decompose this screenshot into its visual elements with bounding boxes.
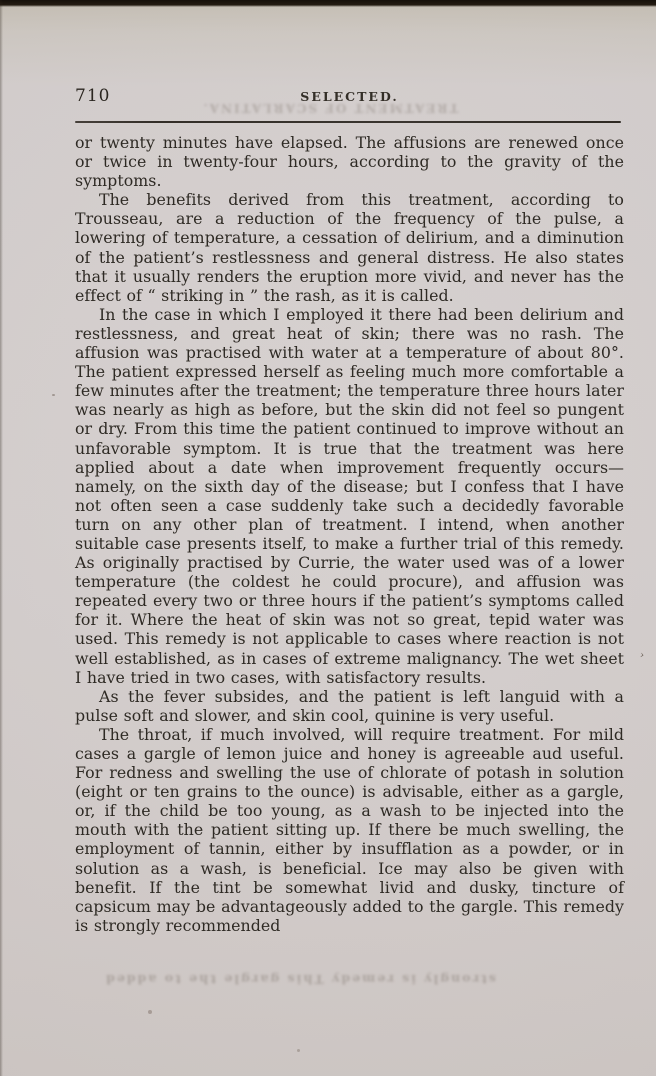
page-header: 710 SELECTED. (75, 86, 624, 106)
paragraph: The benefits derived from this treatment… (75, 190, 624, 305)
paragraph: or twenty minutes have elapsed. The affu… (75, 133, 624, 190)
header-rule (75, 121, 621, 123)
ink-speck: › (639, 650, 645, 662)
paper-speck (52, 394, 55, 396)
scan-edge-top (0, 0, 656, 7)
paragraph: The throat, if much involved, will requi… (75, 725, 624, 935)
scanned-book-page: TREATMENT OF SCARLATINA. 710 SELECTED. o… (0, 0, 656, 1076)
bleedthrough-text-bottom: strongly is remedy This gargle the to ad… (90, 972, 510, 987)
paper-speck (148, 1010, 152, 1014)
paper-speck (297, 1049, 300, 1052)
running-header: SELECTED. (75, 89, 624, 104)
paragraph: In the case in which I employed it there… (75, 305, 624, 687)
scan-edge-left (0, 0, 3, 1076)
page-body: or twenty minutes have elapsed. The affu… (75, 133, 624, 935)
paragraph: As the fever subsides, and the patient i… (75, 687, 624, 725)
